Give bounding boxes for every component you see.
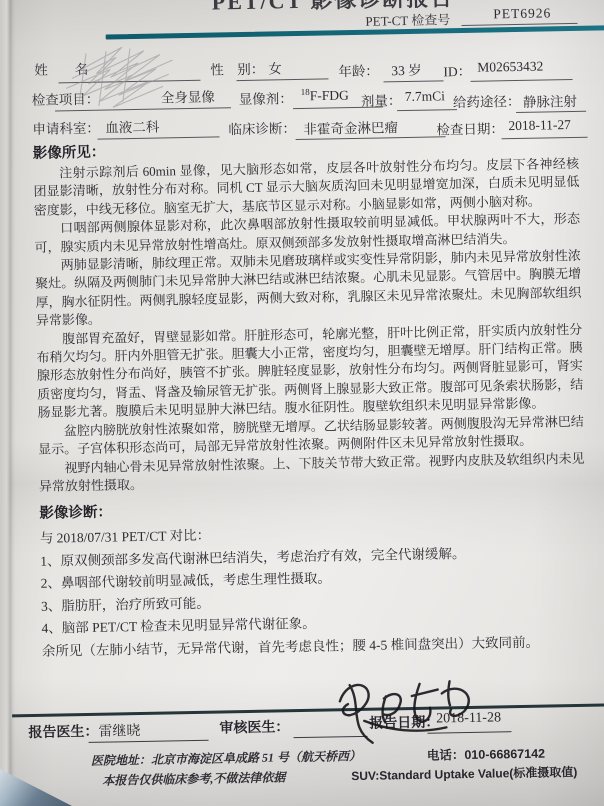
exam-number-value: PET6926 xyxy=(493,5,551,22)
route-value: 静脉注射 xyxy=(523,90,577,111)
report-photo: PET/CT 影像诊断报告 PET-CT 检查号 PET6926 姓 名 性 别… xyxy=(0,0,604,806)
route-label: 给药途径： xyxy=(453,90,521,111)
department-label: 申请科室： xyxy=(32,117,100,138)
name-redaction-scribble xyxy=(52,41,218,112)
findings-section: 影像所见： 注射示踪剂后 60min 显像，见大脑形态如常，皮层各叶放射性分布均… xyxy=(33,132,585,496)
findings-paragraph: 腹部胃充盈好，胃壁显影如常。肝脏形态可，轮廓光整，肝叶比例正常，肝实质内放射性分… xyxy=(36,320,584,422)
department-value: 血液二科 xyxy=(105,116,159,137)
header-divider-rule xyxy=(106,25,604,39)
footer-divider-rule xyxy=(12,703,604,717)
gender-underline xyxy=(236,78,328,81)
review-doctor-label: 审核医生： xyxy=(219,716,289,737)
suv-note: SUV:Standard Uptake Value(标准摄取值) xyxy=(351,763,577,784)
dose-label: 剂量： xyxy=(361,89,402,110)
tracer-label: 显像剂： xyxy=(239,87,293,108)
patient-id-value: M02653432 xyxy=(477,58,543,75)
dose-value: 7.7mCi xyxy=(405,88,445,105)
tracer-value: 18F-FDG xyxy=(301,86,349,104)
disclaimer-text: 本报告仅供临床参考,不做法律依据 xyxy=(102,768,285,788)
reviewer-signature-handwriting xyxy=(327,673,483,750)
findings-paragraph: 两肺显影清晰，肺纹理正常。双肺未见磨玻璃样或实变性异常阴影，肺内未见异常放射性浓… xyxy=(35,247,582,331)
report-doctor-value: 雷继晓 xyxy=(98,720,140,741)
report-paper: PET/CT 影像诊断报告 PET-CT 检查号 PET6926 姓 名 性 别… xyxy=(0,0,604,806)
diagnosis-section: 影像诊断： 与 2018/07/31 PET/CT 对比： 1、原双侧颈部多发高… xyxy=(39,492,583,663)
gender-value: 女 xyxy=(268,57,282,77)
paper-left-edge-shadow xyxy=(0,0,15,806)
findings-paragraph: 注射示踪剂后 60min 显像，见大脑形态如常，皮层各叶放射性分布均匀。皮层下各… xyxy=(33,155,580,220)
report-doctor-label: 报告医生： xyxy=(28,721,98,742)
patient-id-underline xyxy=(471,79,573,82)
dose-underline xyxy=(397,109,457,111)
hospital-address: 医院地址：北京市海淀区阜成路 51 号（航天桥西） xyxy=(91,747,361,769)
diagnosis-heading: 影像诊断： xyxy=(39,492,580,523)
route-underline xyxy=(516,111,586,113)
gender-label: 性 别： xyxy=(210,58,264,79)
clinical-diagnosis-label: 临床诊断： xyxy=(228,117,296,138)
patient-id-label: ID： xyxy=(443,60,471,81)
age-label: 年龄： xyxy=(338,60,379,81)
exam-number-label: PET-CT 检查号 xyxy=(365,9,450,30)
age-value: 33 岁 xyxy=(391,59,422,80)
age-underline xyxy=(384,80,444,82)
